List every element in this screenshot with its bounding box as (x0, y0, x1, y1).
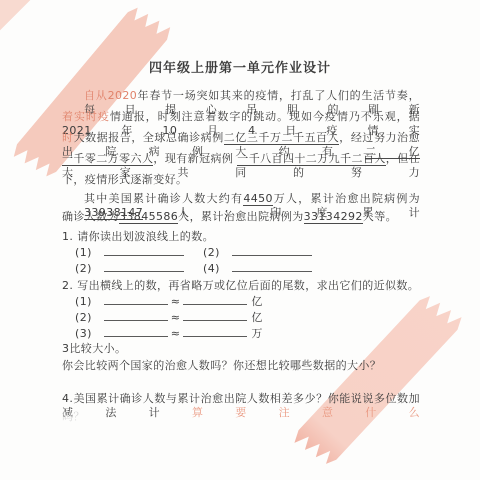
question3-text: 你会比较两个国家的治愈人数吗？你还想比较哪些数据的大小？ (62, 359, 420, 373)
paragraph2-line2: 确诊人数为33845586人，累计治愈出院病例为33134292人等。 (62, 210, 420, 224)
question1-row2: (2) (4) (62, 261, 420, 276)
scanned-worksheet-page: 四年级上册第一单元作业设计 自从2020年春节一场突如其来的疫情，打乱了人们的生… (0, 0, 480, 480)
underlined-number: 4450 (243, 192, 273, 206)
answer-blank-line (104, 310, 168, 321)
question1-label: 1. 请你读出划波浪线上的数。 (62, 230, 420, 244)
answer-slot: (1)≈亿 (75, 294, 263, 309)
body-text: 其中美国累计确诊人数大约有 (84, 192, 243, 205)
underlined-number: 33845586 (119, 210, 178, 224)
answer-slot: (3)≈万 (75, 326, 263, 341)
answer-slot: (4) (203, 261, 312, 276)
underlined-number: 33134292 (304, 210, 363, 224)
approx-symbol: ≈ (171, 327, 181, 340)
answer-blank-line (183, 294, 247, 305)
unit-label: 亿 (251, 295, 262, 308)
answer-blank-line (104, 294, 168, 305)
body-text: 大数据报告，全球总确诊病例 (74, 131, 224, 144)
answer-slot: (1) (75, 245, 184, 260)
question2-row3: (3)≈万 (62, 326, 420, 341)
body-text: ，现有新冠病例 (153, 152, 237, 165)
question3-label: 3比较大小。 (62, 342, 420, 356)
body-text: 确诊人数为 (62, 210, 119, 223)
answer-blank-line (104, 326, 168, 337)
item-number: (1) (75, 246, 92, 259)
highlighted-text: 着实时疫 (62, 110, 110, 123)
question4-faint-continuation: 吗？ (62, 410, 420, 424)
highlighted-text: 自从2020 (84, 89, 137, 102)
answer-slot: (2) (203, 245, 312, 260)
answer-blank-line (104, 261, 184, 272)
washi-tape-corner (0, 0, 46, 41)
item-number: (2) (75, 262, 92, 275)
page-title: 四年级上册第一单元作业设计 (0, 62, 480, 76)
approx-symbol: ≈ (171, 311, 181, 324)
underlined-number: 一千八百四十二万九千二百人 (237, 152, 386, 166)
answer-slot: (2) (75, 261, 184, 276)
underlined-number: 一千零二万零六人 (62, 152, 153, 166)
body-text: 万人，累计治愈出院病例为 (273, 192, 420, 205)
question2-row2: (2)≈亿 (62, 310, 420, 325)
unit-label: 亿 (251, 311, 262, 324)
unit-label: 万 (251, 327, 262, 340)
body-text: 人等。 (363, 210, 397, 223)
answer-blank-line (183, 326, 247, 337)
item-number: (2) (75, 311, 92, 324)
question1-row1: (1) (2) (62, 245, 420, 260)
answer-blank-line (232, 261, 312, 272)
item-number: (1) (75, 295, 92, 308)
underlined-number: 二亿三千万二千五百人 (224, 131, 340, 145)
question2-row1: (1)≈亿 (62, 294, 420, 309)
answer-slot: (2)≈亿 (75, 310, 263, 325)
highlighted-text: 时 (62, 131, 74, 144)
answer-blank-line (232, 245, 312, 256)
answer-blank-line (183, 310, 247, 321)
paragraph1-line5: 下，疫情形式逐渐变好。 (62, 173, 420, 187)
item-number: (3) (75, 327, 92, 340)
item-number: (2) (203, 246, 220, 259)
question2-label: 2. 写出横线上的数，再省略万或亿位后面的尾数，求出它们的近似数。 (62, 279, 420, 293)
body-text: 人，累计治愈出院病例为 (178, 210, 303, 223)
answer-blank-line (104, 245, 184, 256)
item-number: (4) (203, 262, 220, 275)
approx-symbol: ≈ (171, 295, 181, 308)
